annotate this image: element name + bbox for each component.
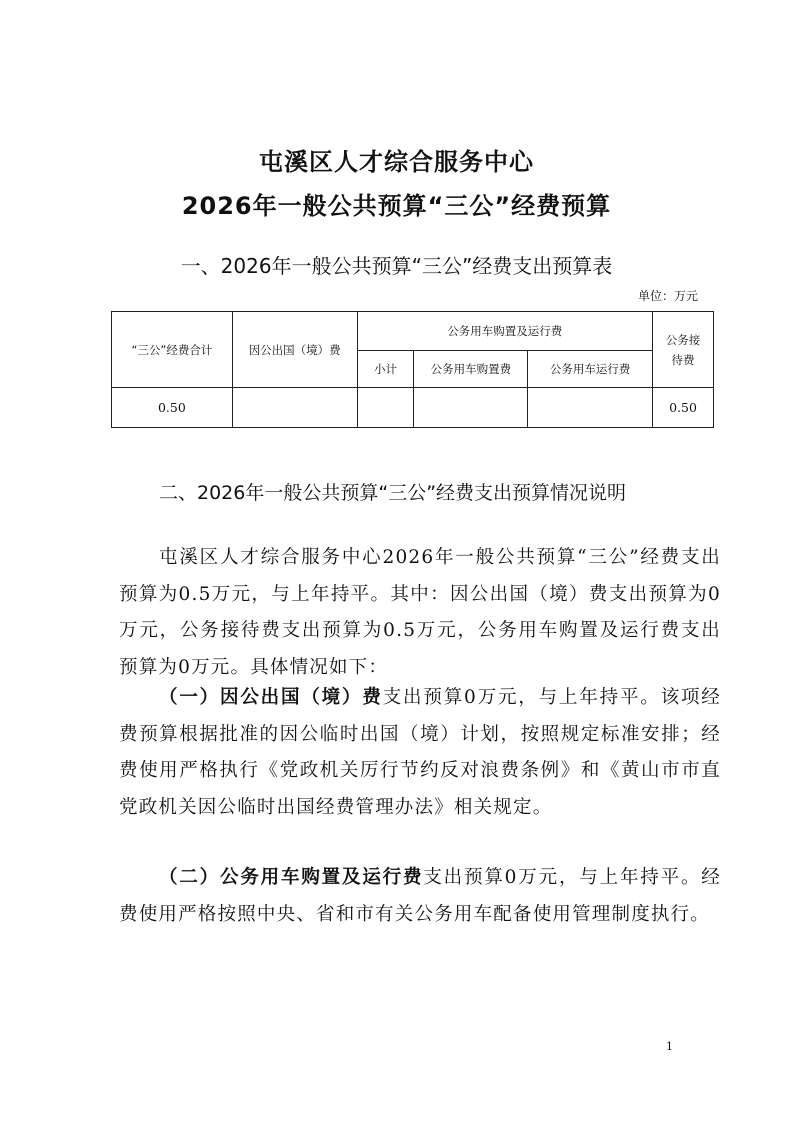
paragraph-summary: 屯溪区人才综合服务中心2026年一般公共预算“三公”经费支出预算为0.5万元，与… xyxy=(119,540,721,686)
header-reception: 公务接待费 xyxy=(653,312,714,388)
cell-overseas xyxy=(232,388,357,428)
document-page: 屯溪区人才综合服务中心 2026年一般公共预算“三公”经费预算 一、2026年一… xyxy=(0,0,793,1122)
paragraph-overseas: （一）因公出国（境）费支出预算0万元，与上年持平。该项经费预算根据批准的因公临时… xyxy=(119,680,721,826)
header-vehicle-group: 公务用车购置及运行费 xyxy=(357,312,652,351)
paragraph-vehicle-heading: （二）公务用车购置及运行费 xyxy=(159,867,423,888)
section2-heading: 二、2026年一般公共预算“三公”经费支出预算情况说明 xyxy=(119,474,719,513)
header-reception-label: 公务接待费 xyxy=(666,330,701,370)
budget-table: “三公”经费合计 因公出国（境）费 公务用车购置及运行费 公务接待费 小计 公务… xyxy=(111,311,714,428)
cell-vehicle-subtotal xyxy=(357,388,414,428)
table-header-row: “三公”经费合计 因公出国（境）费 公务用车购置及运行费 公务接待费 xyxy=(112,312,714,351)
document-subtitle: 2026年一般公共预算“三公”经费预算 xyxy=(0,186,793,221)
header-vehicle-subtotal: 小计 xyxy=(357,351,414,388)
cell-reception: 0.50 xyxy=(653,388,714,428)
header-vehicle-purchase: 公务用车购置费 xyxy=(414,351,528,388)
unit-label: 单位：万元 xyxy=(638,287,698,304)
cell-total: 0.50 xyxy=(112,388,233,428)
section1-heading: 一、2026年一般公共预算“三公”经费支出预算表 xyxy=(0,250,793,279)
cell-vehicle-operation xyxy=(528,388,653,428)
page-number: 1 xyxy=(666,1040,673,1053)
header-overseas: 因公出国（境）费 xyxy=(232,312,357,388)
header-vehicle-operation: 公务用车运行费 xyxy=(528,351,653,388)
paragraph-vehicle: （二）公务用车购置及运行费支出预算0万元，与上年持平。经费使用严格按照中央、省和… xyxy=(119,860,721,933)
cell-vehicle-purchase xyxy=(414,388,528,428)
paragraph-overseas-heading: （一）因公出国（境）费 xyxy=(159,687,383,708)
document-title: 屯溪区人才综合服务中心 xyxy=(0,142,793,177)
table-row: 0.50 0.50 xyxy=(112,388,714,428)
header-total: “三公”经费合计 xyxy=(112,312,233,388)
